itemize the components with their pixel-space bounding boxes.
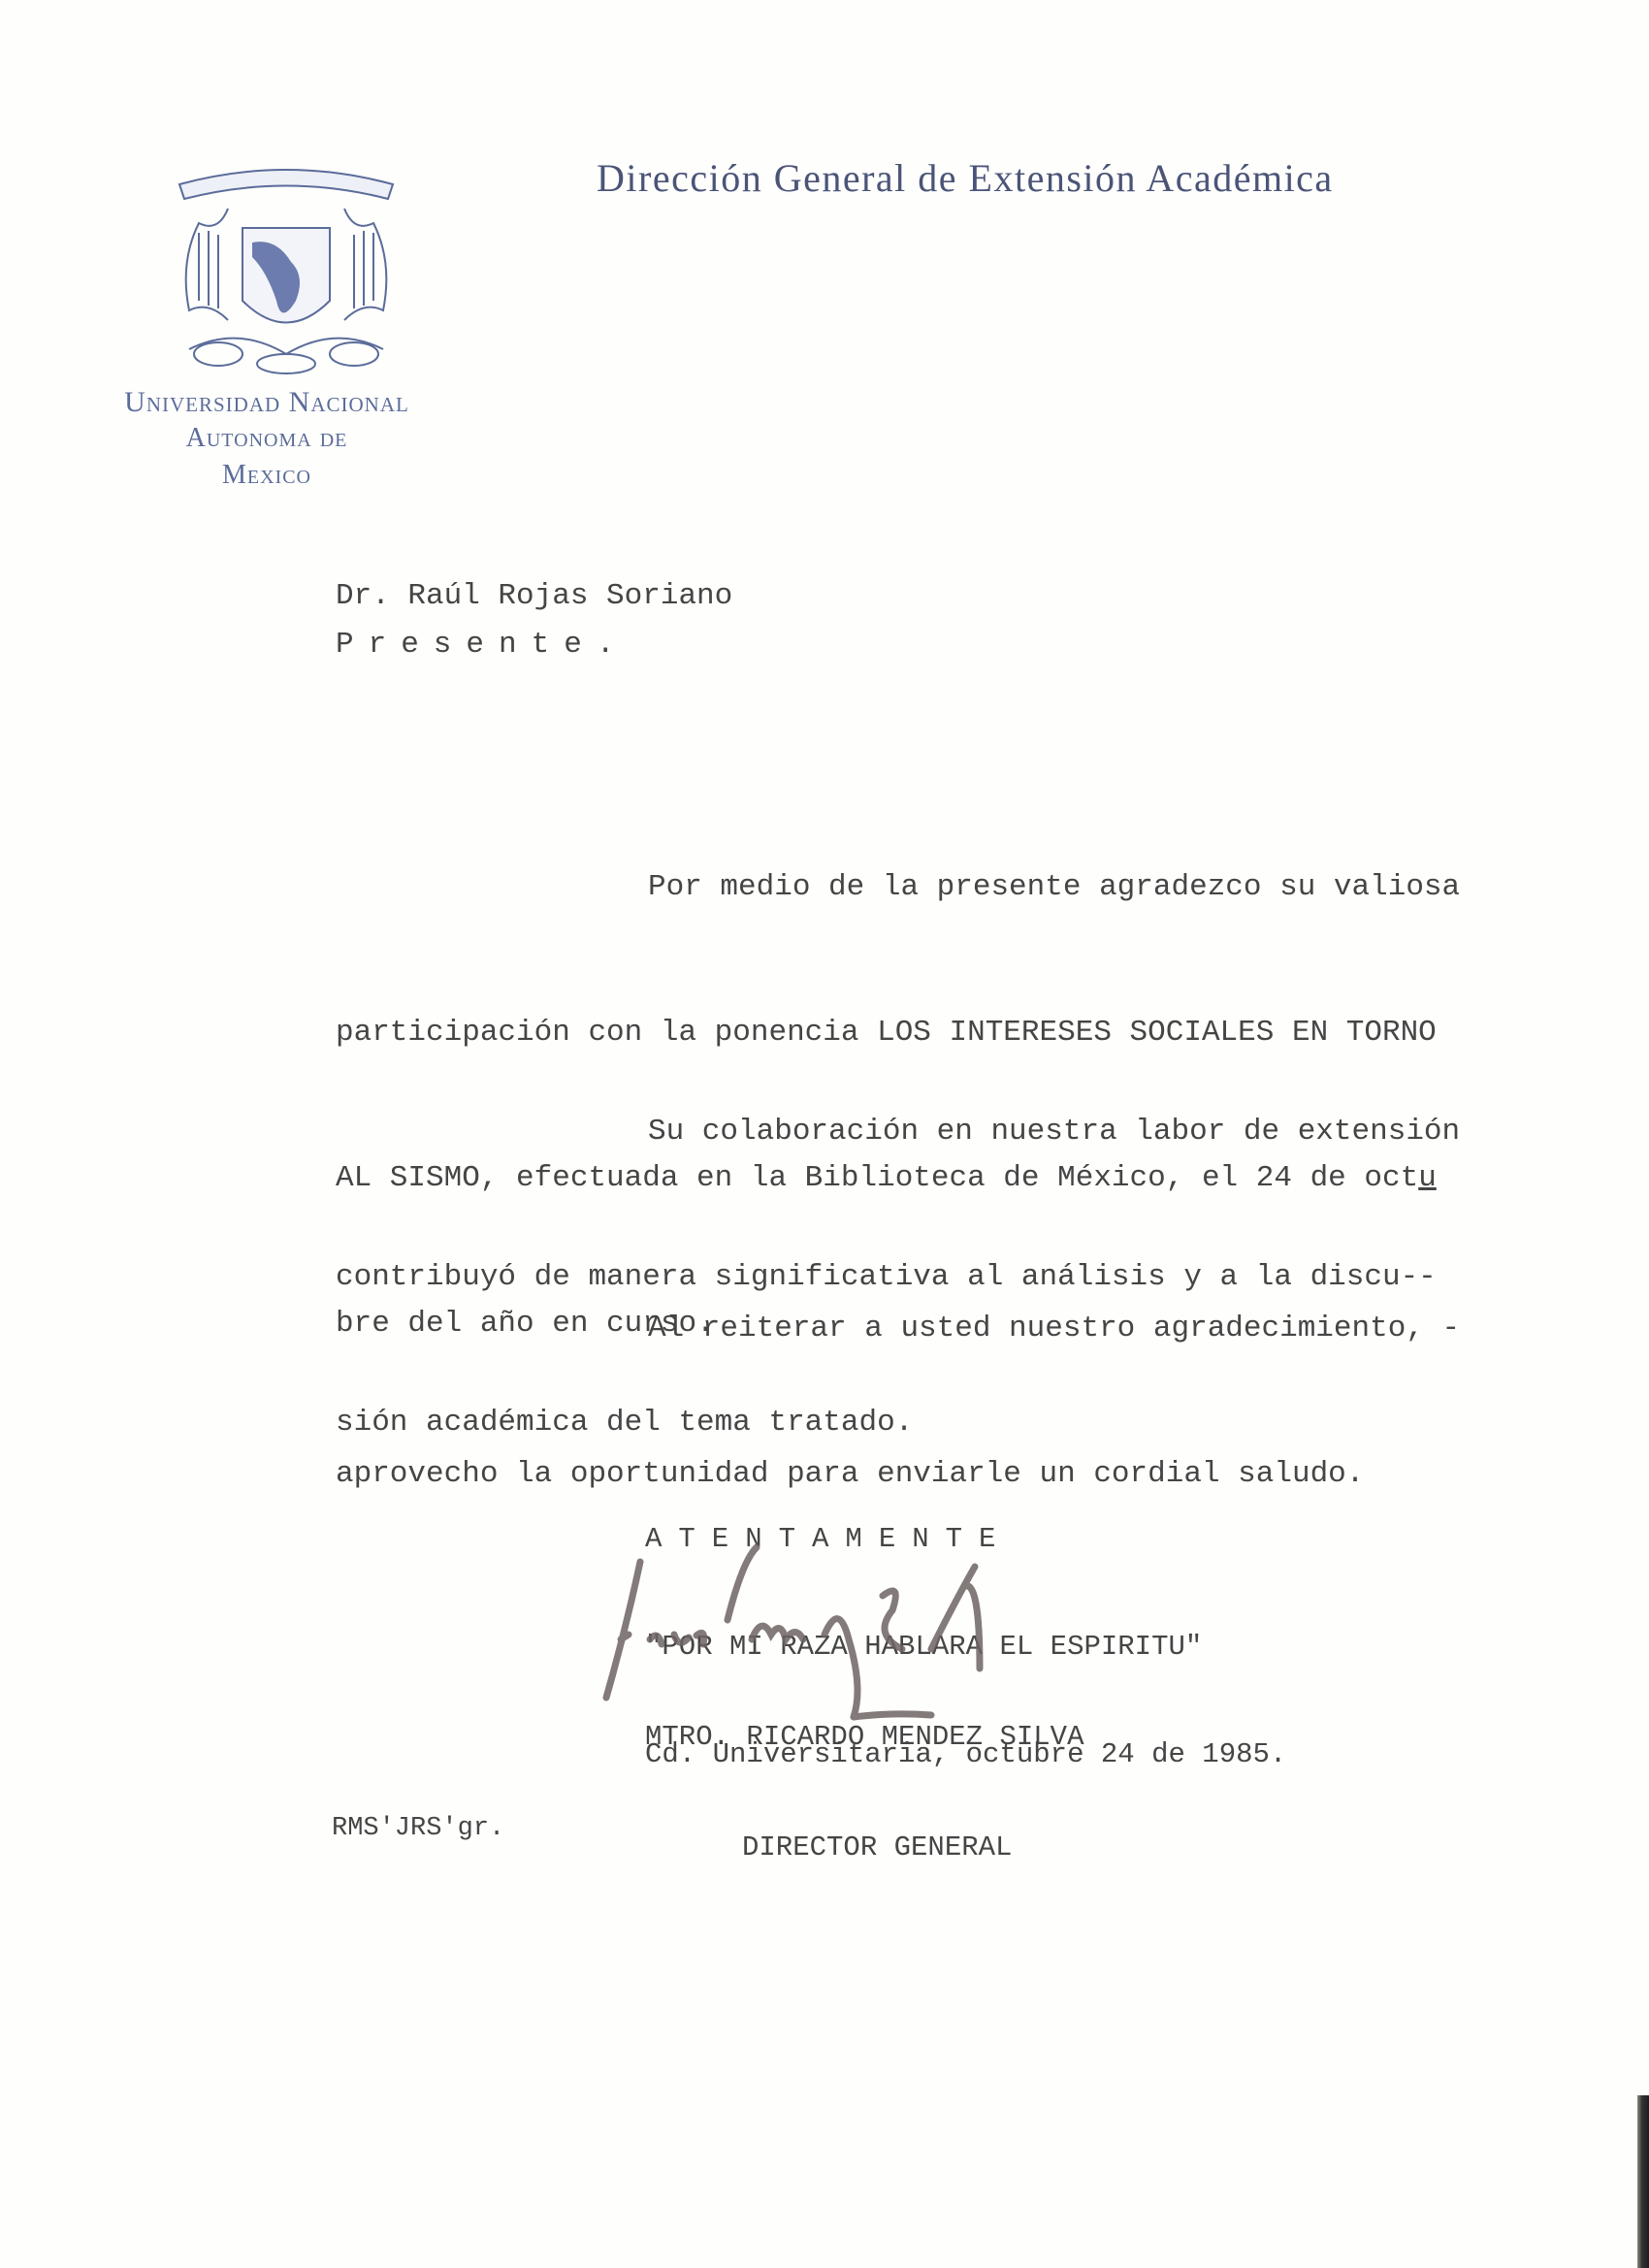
department-title: Dirección General de Extensión Académica [597,155,1334,201]
signer-block: MTRO. RICARDO MENDEZ SILVA DIRECTOR GENE… [645,1645,1083,1903]
university-name-line-3: Mexico [107,460,427,491]
recipient-name: Dr. Raúl Rojas Soriano [336,572,732,621]
recipient-salutation: Presente. [336,621,629,669]
paragraph-line: Por medio de la presente agradezco su va… [336,863,1529,912]
paragraph-line: Su colaboración en nuestra labor de exte… [336,1108,1529,1156]
reference-initials: RMS'JRS'gr. [332,1804,504,1853]
paragraph-line: Al reiterar a usted nuestro agradecimien… [336,1305,1529,1353]
scan-edge-strip [1637,2095,1649,2268]
university-name-line-1: Universidad Nacional [107,386,427,419]
university-name-line-2: Autonoma de [107,423,427,454]
unam-crest-icon [160,155,412,388]
signer-name: MTRO. RICARDO MENDEZ SILVA [645,1719,1083,1756]
signer-title: DIRECTOR GENERAL [645,1830,1083,1866]
